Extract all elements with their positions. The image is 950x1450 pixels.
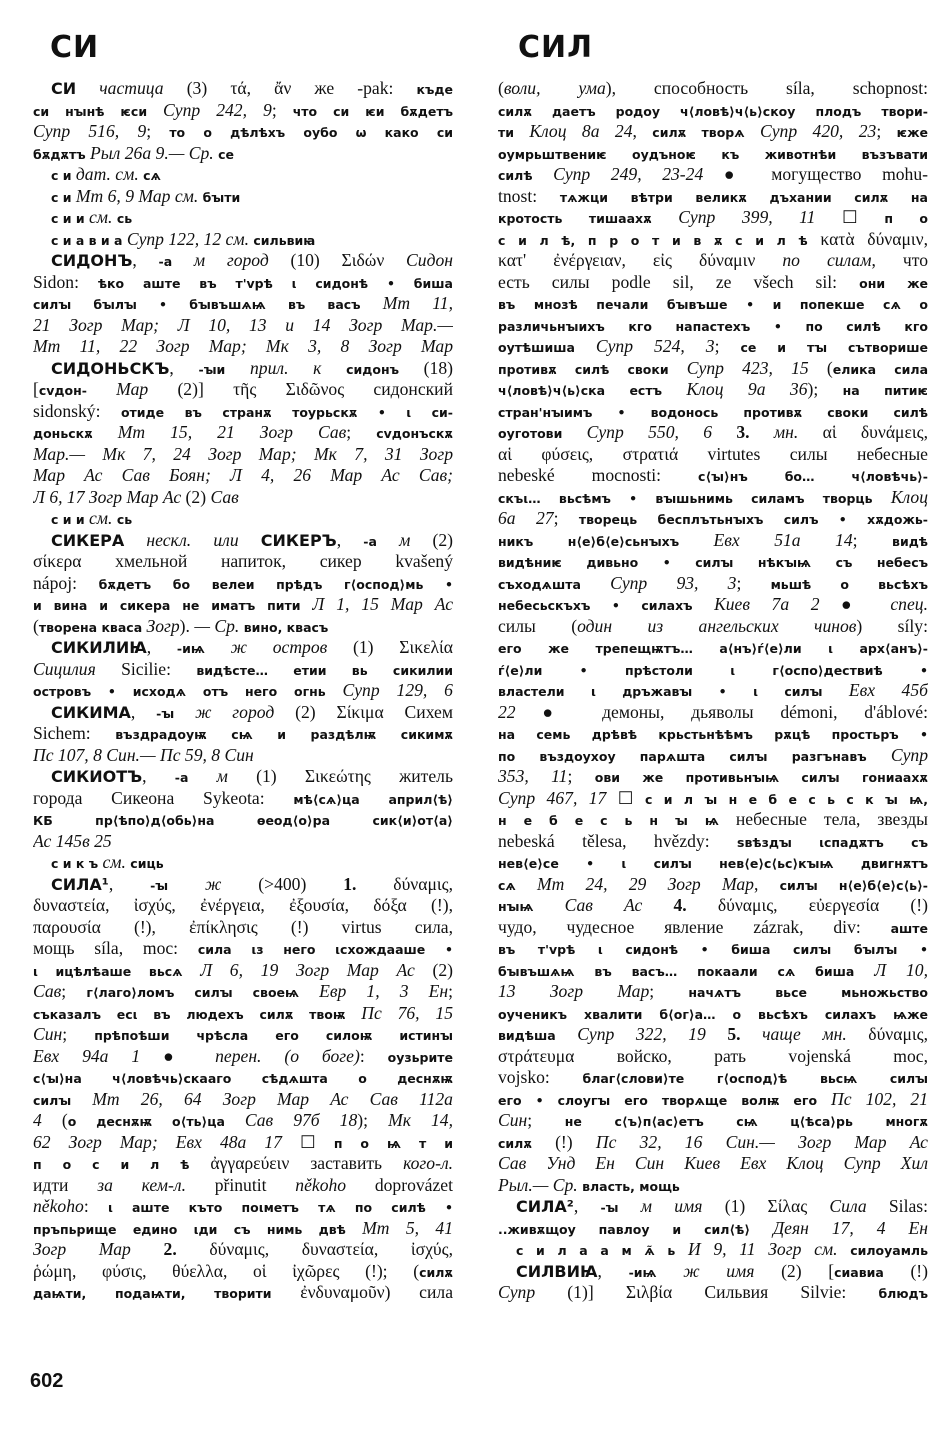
church-slavonic-text: с и и bbox=[51, 512, 89, 527]
dictionary-line: sidonský: отиде въ странѫ тоурьскѫ • ι с… bbox=[33, 401, 453, 423]
church-slavonic-text: силꙑ н⟨е⟩б⟨е⟩с⟨ь⟩- bbox=[780, 878, 928, 893]
gloss-text bbox=[131, 1239, 164, 1259]
italic-text: 353, 11 bbox=[498, 766, 567, 786]
church-slavonic-text: -а bbox=[159, 254, 173, 269]
italic-text: Супр bbox=[891, 745, 928, 765]
church-slavonic-text: кротость тишаахѫ bbox=[498, 211, 678, 226]
dictionary-line: Син; не с⟨ъ⟩п⟨ас⟩етъ сѩ ц⟨ѣса⟩рь многѫ bbox=[498, 1110, 928, 1132]
gloss-text: δυναστεία, ἰσχύς, ἐνέργεια, ἐξουσία, δόξ… bbox=[33, 895, 453, 915]
gloss-text bbox=[712, 422, 736, 442]
church-slavonic-text: силѫ bbox=[419, 1265, 453, 1280]
church-slavonic-text: власть, мощь bbox=[582, 1179, 680, 1194]
church-slavonic-text: оученикъ хвалити б⟨ог⟩а… о вьсѣхъ силахъ… bbox=[498, 1007, 928, 1022]
headword: СИКЕРЪ bbox=[261, 531, 337, 550]
gloss-text: (2) bbox=[410, 530, 453, 550]
dictionary-line: н е б е с ь н ꙑ ѩ небесные тела, звезды bbox=[498, 809, 928, 831]
italic-text: нескл. или bbox=[124, 530, 261, 550]
italic-text: м bbox=[188, 766, 227, 786]
gloss-text: : bbox=[360, 1046, 388, 1066]
dictionary-line: αἱ φύσεις, στρατιά virtutes силы небесны… bbox=[498, 444, 928, 466]
italic-text: Мар.— Мк 7, 24 Зогр Мар; Мк 7, 31 Зогр bbox=[33, 444, 453, 464]
dictionary-line: tnost: тѧжци вѣтри великѫ дъхании силѫ н… bbox=[498, 186, 928, 208]
italic-text: Супр bbox=[498, 1282, 535, 1302]
gloss-text: , bbox=[131, 702, 156, 722]
dictionary-line: Мар.— Мк 7, 24 Зогр Мар; Мк 7, 31 Зогр bbox=[33, 444, 453, 466]
dictionary-line: скъι… вьсѣмъ • вꙑшьнимь силамъ творць Кл… bbox=[498, 487, 928, 509]
church-slavonic-text: -иѩ bbox=[629, 1265, 657, 1280]
gloss-text: (1) Σικελία bbox=[327, 637, 453, 657]
church-slavonic-text: ти bbox=[498, 125, 529, 140]
gloss-text: σίκερα хмельной напиток, сикер kvašený bbox=[33, 551, 453, 571]
church-slavonic-text: видѣ bbox=[892, 534, 928, 549]
running-head-left: СИ bbox=[50, 30, 99, 65]
church-slavonic-text: ѓ⟨е⟩ли • прѣстоли ι г⟨оспо⟩дествиѣ • bbox=[498, 663, 928, 678]
church-slavonic-text: силꙑ bbox=[33, 1093, 92, 1108]
italic-text: Клоц 9а 36 bbox=[686, 379, 807, 399]
dictionary-line: оученикъ хвалити б⟨ог⟩а… о вьсѣхъ силахъ… bbox=[498, 1003, 928, 1025]
italic-text: Рыл.— Ср. bbox=[498, 1175, 582, 1195]
italic-text: Клоц 8а 24 bbox=[529, 121, 632, 141]
gloss-text bbox=[706, 1024, 728, 1044]
headword: СИКИОТЪ bbox=[51, 767, 142, 786]
headword: СИ bbox=[51, 79, 76, 98]
dictionary-line: СИДОНЬСКЪ, -ꙑи прил. к сидонъ (18) bbox=[33, 358, 453, 380]
dictionary-line: оутѣшиша Супр 524, 3; се и тꙑ сътворише bbox=[498, 336, 928, 358]
sense-number: 5. bbox=[727, 1024, 740, 1044]
italic-text: Клоц bbox=[891, 487, 928, 507]
dictionary-line: видѣниѥ дивьно • силꙑ нѣкꙑѩ съ небесъ bbox=[498, 551, 928, 573]
dictionary-line: СИЛВИꙖ, -иѩ ж имя (2) [сиавиа (!) bbox=[498, 1261, 928, 1283]
church-slavonic-text: на семь дрѣвѣ крьстьнѣѣмъ рѫцѣ простьръ … bbox=[498, 727, 928, 742]
church-slavonic-text: бꙑвъшѧѩ въ васъ… покаали сѧ биша bbox=[498, 964, 874, 979]
gloss-text: ☐ bbox=[815, 207, 884, 227]
dictionary-line: ти Клоц 8а 24, силѫ творѧ Супр 420, 23; … bbox=[498, 121, 928, 143]
gloss-text: δύναμις, εὐεργεσία (!) bbox=[687, 895, 928, 915]
dictionary-line: ѓ⟨е⟩ли • прѣстоли ι г⟨оспо⟩дествиѣ • bbox=[498, 659, 928, 681]
church-slavonic-text: с⟨ꙑ⟩нъ бо… ч⟨ловѣчь⟩- bbox=[698, 469, 928, 484]
dictionary-line: СИКЕРА нескл. или СИКЕРЪ, -а м (2) bbox=[33, 530, 453, 552]
dictionary-line: с⟨ꙑ⟩на ч⟨ловѣчь⟩скааго сѣдѧшта о деснѫѭ bbox=[33, 1067, 453, 1089]
church-slavonic-text: пръпьрище едино ιди съ нимь двѣ bbox=[33, 1222, 362, 1237]
church-slavonic-text: мѣ⟨сѧ⟩ца април⟨ѣ⟩ bbox=[293, 792, 453, 807]
church-slavonic-text: ѣко аште въ т'vрѣ ι сидонѣ • биша bbox=[98, 276, 453, 291]
gloss-text: , bbox=[147, 637, 177, 657]
gloss-text: , bbox=[109, 874, 150, 894]
gloss-text: ; bbox=[346, 422, 376, 442]
dictionary-line: 22 ● демоны, дьяволы démoni, d'áblové: bbox=[498, 702, 928, 724]
dictionary-line: его же трепещѭтъ… а⟨нъ⟩ѓ⟨е⟩ли ι арх⟨анъ⟩… bbox=[498, 637, 928, 659]
church-slavonic-text: въздрадоуѭ сѩ и раздѣлѭ сикимѫ bbox=[115, 727, 453, 742]
dictionary-line: въ мнозѣ печали бꙑвъше • и попекше сѧ о bbox=[498, 293, 928, 315]
dictionary-line: оумрьштвениѥ оудъноѥ къ животнѣи възъват… bbox=[498, 143, 928, 165]
church-slavonic-text: -ꙑ bbox=[156, 706, 174, 721]
gloss-text: στράτευμα войско, рать vojenská moc, bbox=[498, 1046, 928, 1066]
italic-text: Евх 94а 1 bbox=[33, 1046, 140, 1066]
gloss-text: (1) Σίλας bbox=[702, 1196, 829, 1216]
italic-text: один из ангельских чинов bbox=[577, 616, 856, 636]
italic-text: ж остров bbox=[205, 637, 327, 657]
italic-text: частица bbox=[76, 78, 163, 98]
italic-text: Супр 524, 3 bbox=[596, 336, 715, 356]
italic-text: Киев 7а 2 bbox=[714, 594, 819, 614]
dictionary-line: СИЛА¹, -ꙑ ж (>400) 1. δύναμις, bbox=[33, 874, 453, 896]
church-slavonic-text: -ꙑи bbox=[199, 362, 226, 377]
gloss-text: , bbox=[142, 766, 175, 786]
church-slavonic-text: островъ • исходѧ отъ него огнь bbox=[33, 684, 343, 699]
italic-text: Супр 467, 17 bbox=[498, 788, 606, 808]
church-slavonic-text: се и тꙑ сътворише bbox=[740, 340, 928, 355]
gloss-text: ; bbox=[554, 508, 579, 528]
church-slavonic-text: сильвиꙗ bbox=[253, 233, 315, 248]
church-slavonic-text: сvдон- bbox=[39, 383, 116, 398]
church-slavonic-text: на питиѥ bbox=[843, 383, 928, 398]
italic-text: м город bbox=[172, 250, 269, 270]
italic-text: дат. см. bbox=[76, 164, 143, 184]
church-slavonic-text: его же трепещѭтъ… а⟨нъ⟩ѓ⟨е⟩ли ι арх⟨анъ⟩… bbox=[498, 641, 928, 656]
italic-text: прил. к bbox=[225, 358, 346, 378]
gloss-text: ; bbox=[853, 530, 892, 550]
gloss-text: přinutit bbox=[186, 1175, 295, 1195]
dictionary-line: кротость тишаахѫ Супр 399, 11 ☐ п о bbox=[498, 207, 928, 229]
italic-text: Мк 14, bbox=[388, 1110, 453, 1130]
gloss-text: , bbox=[754, 874, 780, 894]
gloss-text: doprovázet bbox=[346, 1175, 453, 1195]
italic-text: Мт 24, 29 Зогр Мар bbox=[537, 874, 754, 894]
church-slavonic-text: си нꙑнѣ ѥси bbox=[33, 104, 163, 119]
dictionary-line: 353, 11; ови же противьнꙑѩ силꙑ гониаахѫ bbox=[498, 766, 928, 788]
church-slavonic-text: -а bbox=[363, 534, 377, 549]
church-slavonic-text: -а bbox=[175, 770, 189, 785]
italic-text: Мт 15, 21 Зогр Сав bbox=[118, 422, 347, 442]
dictionary-line: силѫ (!) Пс 32, 16 Син.— Зогр Мар Ас bbox=[498, 1132, 928, 1154]
italic-text: Сицилия bbox=[33, 659, 96, 679]
dictionary-line: (воли, ума), способность síla, schopnost… bbox=[498, 78, 928, 100]
gloss-text: , bbox=[574, 1196, 601, 1216]
dictionary-line: доньскѫ Мт 15, 21 Зогр Сав; сvдонъскѫ bbox=[33, 422, 453, 444]
dictionary-line: СИДОНЪ, -а м город (10) Σιδών Сидон bbox=[33, 250, 453, 272]
italic-text: Сав Унд Ен Син Киев Евх Клоц Супр Хил bbox=[498, 1153, 928, 1173]
church-slavonic-text: нꙑѩ bbox=[498, 899, 565, 914]
church-slavonic-text: видѣша bbox=[498, 1028, 577, 1043]
gloss-text: ); bbox=[808, 379, 843, 399]
gloss-text: , bbox=[337, 530, 364, 550]
gloss-text: tnost: bbox=[498, 186, 560, 206]
gloss-text: (2) [ bbox=[754, 1261, 834, 1281]
church-slavonic-text: с и и bbox=[51, 211, 89, 226]
dictionary-line: противѫ силѣ своки Супр 423, 15 (елика с… bbox=[498, 358, 928, 380]
gloss-text: (1) Σικεώτης житель bbox=[228, 766, 453, 786]
gloss-text: ἐνδυναμοῦν) сила bbox=[300, 1282, 453, 1302]
dictionary-line: nebeské mocnosti: с⟨ꙑ⟩нъ бо… ч⟨ловѣчь⟩- bbox=[498, 465, 928, 487]
sense-number: 4. bbox=[674, 895, 687, 915]
dictionary-line: с и Мт 6, 9 Мар см. бꙑти bbox=[33, 186, 453, 208]
church-slavonic-text: п о ѩ т и bbox=[334, 1136, 453, 1151]
dictionary-line: силѫ даетъ родоу ч⟨ловѣ⟩ч⟨ь⟩скоу плодъ т… bbox=[498, 100, 928, 122]
italic-text: м bbox=[377, 530, 410, 550]
right-column: (воли, ума), способность síla, schopnost… bbox=[498, 78, 928, 1304]
church-slavonic-text: сь bbox=[117, 512, 132, 527]
italic-text: Супр 550, 6 bbox=[587, 422, 712, 442]
dictionary-line: с и л а а м ѧ̃ ь И 9, 11 Зогр см. силоуа… bbox=[498, 1239, 928, 1261]
church-slavonic-text: г⟨лаго⟩ломъ силꙑ своеѩ bbox=[86, 985, 319, 1000]
gloss-text: ● bbox=[820, 594, 891, 614]
church-slavonic-text: оуготови bbox=[498, 426, 587, 441]
italic-text: Син bbox=[33, 1024, 62, 1044]
dictionary-line: пръпьрище едино ιди съ нимь двѣ Мт 5, 41 bbox=[33, 1218, 453, 1240]
dictionary-line: στράτευμα войско, рать vojenská moc, bbox=[498, 1046, 928, 1068]
dictionary-line: 21 Зогр Мар; Л 10, 13 и 14 Зогр Мар.— bbox=[33, 315, 453, 337]
church-slavonic-text: сѧ bbox=[143, 168, 161, 183]
dictionary-line: Ас 145в 25 bbox=[33, 831, 453, 853]
gloss-text: (>400) bbox=[221, 874, 343, 894]
dictionary-line: ч⟨ловѣ⟩ч⟨ь⟩ска естъ Клоц 9а 36); на пити… bbox=[498, 379, 928, 401]
church-slavonic-text: видѣниѥ дивьно • силꙑ нѣкꙑѩ съ небесъ bbox=[498, 555, 928, 570]
church-slavonic-text: с и bbox=[51, 168, 76, 183]
gloss-text: ῥώμη, φύσις, θύελλα, οἱ ἰχῶρες (!); ( bbox=[33, 1261, 419, 1281]
sense-number: 3. bbox=[736, 422, 749, 442]
italic-text: Л 10, bbox=[874, 960, 928, 980]
church-slavonic-text: силѫ даетъ родоу ч⟨ловѣ⟩ч⟨ь⟩скоу плодъ т… bbox=[498, 104, 928, 119]
church-slavonic-text: оузьрите bbox=[388, 1050, 453, 1065]
gloss-text: αἱ δυνάμεις, bbox=[798, 422, 928, 442]
dictionary-line: δυναστεία, ἰσχύς, ἐνέργεια, ἐξουσία, δόξ… bbox=[33, 895, 453, 917]
dictionary-line: Сицилия Sicilie: видѣсте… етии вь сикили… bbox=[33, 659, 453, 681]
church-slavonic-text: тѧжци вѣтри великѫ дъхании силѫ на bbox=[560, 190, 928, 205]
dictionary-line: его • слоугꙑ его творѧще волѭ его Пс 102… bbox=[498, 1089, 928, 1111]
gloss-text: (2) bbox=[181, 487, 210, 507]
gloss-text: nebeské mocnosti: bbox=[498, 465, 698, 485]
italic-text: см. bbox=[102, 852, 130, 872]
gloss-text: ). bbox=[180, 616, 195, 636]
church-slavonic-text: силꙑ бꙑлꙑ • бꙑвъшѧѩ въ васъ bbox=[33, 297, 383, 312]
church-slavonic-text: видѣсте… етии вь сикилии bbox=[196, 663, 453, 678]
gloss-text: nápoj: bbox=[33, 573, 99, 593]
italic-text: Сила bbox=[829, 1196, 866, 1216]
italic-text: Супр 516, 9 bbox=[33, 121, 146, 141]
gloss-text: , bbox=[598, 1261, 629, 1281]
gloss-text: мощь síla, moc: bbox=[33, 938, 198, 958]
italic-text: Пс 32, 16 Син.— Зогр Мар Ас bbox=[596, 1132, 928, 1152]
church-slavonic-text: ч⟨ловѣ⟩ч⟨ь⟩ска естъ bbox=[498, 383, 686, 398]
italic-text: Мт 6, 9 Мар см. bbox=[76, 186, 203, 206]
gloss-text: силы ( bbox=[498, 616, 577, 636]
church-slavonic-text: что си ѥи бѫдетъ bbox=[293, 104, 453, 119]
italic-text: Супр 420, 23 bbox=[760, 121, 876, 141]
italic-text: Супр 129, 6 bbox=[343, 680, 453, 700]
dictionary-line: vojsko: благ⟨слови⟩те г⟨оспод⟩ѣ вьсѩ сил… bbox=[498, 1067, 928, 1089]
italic-text: по силам bbox=[782, 250, 871, 270]
dictionary-line: небесьскъхъ • силахъ Киев 7а 2 ● спец. bbox=[498, 594, 928, 616]
dictionary-line: Супр 467, 17 ☐ с и л ꙑ н е б е с ь с к ꙑ… bbox=[498, 788, 928, 810]
dictionary-line: п о с и л ѣ ἀγγαρεύειν заставить кого-л. bbox=[33, 1153, 453, 1175]
italic-text: Деян 17, 4 Ен bbox=[773, 1218, 928, 1238]
italic-text: за кем-л. bbox=[97, 1175, 186, 1195]
gloss-text: sidonský: bbox=[33, 401, 121, 421]
gloss-text: (1)] Σιλβία Сильвия Silvie: bbox=[535, 1282, 878, 1302]
gloss-text: (2) bbox=[415, 960, 453, 980]
headword: СИКЕРА bbox=[51, 531, 124, 550]
gloss-text: (18) bbox=[399, 358, 453, 378]
church-slavonic-text: къде bbox=[417, 82, 453, 97]
italic-text: Евр 1, 3 Ен bbox=[319, 981, 448, 1001]
dictionary-line: Sichem: въздрадоуѭ сѩ и раздѣлѭ сикимѫ bbox=[33, 723, 453, 745]
gloss-text: Sicilie: bbox=[96, 659, 197, 679]
dictionary-line: съказалъ есι въ людехъ силѫ твоѭ Пс 76, … bbox=[33, 1003, 453, 1025]
headword: СИДОНЬСКЪ bbox=[51, 359, 169, 378]
gloss-text: δύναμις, δυναστεία, ἰσχύς, bbox=[177, 1239, 453, 1259]
dictionary-line: с и и см. сь bbox=[33, 508, 453, 530]
gloss-text: , что bbox=[871, 250, 928, 270]
dictionary-line: СИКИОТЪ, -а м (1) Σικεώτης житель bbox=[33, 766, 453, 788]
dictionary-line: СИКИЛИꙖ, -иѩ ж остров (1) Σικελία bbox=[33, 637, 453, 659]
italic-text: Сидон bbox=[406, 250, 453, 270]
gloss-text: , bbox=[169, 358, 198, 378]
italic-text: Пс 107, 8 Син.— Пс 59, 8 Син bbox=[33, 745, 254, 765]
gloss-text: (!) bbox=[555, 1132, 596, 1152]
headword: СИЛВИꙖ bbox=[516, 1262, 598, 1281]
church-slavonic-text: с и л ꙑ н е б е с ь с к ꙑ ѩ, bbox=[645, 792, 928, 807]
gloss-text: ● bbox=[140, 1046, 215, 1066]
church-slavonic-text: сидонъ bbox=[346, 362, 399, 377]
dictionary-line: с и и см. сь bbox=[33, 207, 453, 229]
italic-text: 6а 27 bbox=[498, 508, 554, 528]
dictionary-line: СИЛА², -ꙑ м имя (1) Σίλας Сила Silas: bbox=[498, 1196, 928, 1218]
headword: СИЛА² bbox=[516, 1197, 574, 1216]
italic-text: Супр 399, 11 bbox=[678, 207, 815, 227]
dictionary-line: Рыл.— Ср. власть, мощь bbox=[498, 1175, 928, 1197]
italic-text: Ас 145в 25 bbox=[33, 831, 112, 851]
church-slavonic-text: с и к ъ bbox=[51, 856, 102, 871]
church-slavonic-text: блюдъ bbox=[878, 1286, 928, 1301]
italic-text: см. bbox=[89, 207, 117, 227]
gloss-text: ( bbox=[42, 1110, 68, 1130]
dictionary-line: нев⟨е⟩се • ι силꙑ нев⟨е⟩с⟨ьс⟩кꙑѩ двигнѫт… bbox=[498, 852, 928, 874]
page-number: 602 bbox=[30, 1370, 63, 1393]
church-slavonic-text: небесьскъхъ • силахъ bbox=[498, 598, 714, 613]
italic-text: Зогр bbox=[146, 616, 179, 636]
dictionary-line: бꙑвъшѧѩ въ васъ… покаали сѧ биша Л 10, bbox=[498, 960, 928, 982]
dictionary-line: островъ • исходѧ отъ него огнь Супр 129,… bbox=[33, 680, 453, 702]
gloss-text: города Сикеона Sykeota: bbox=[33, 788, 293, 808]
gloss-text: Sichem: bbox=[33, 723, 115, 743]
italic-text: воли, ума bbox=[504, 78, 606, 98]
dictionary-line: Л 6, 17 Зогр Мар Ас (2) Сав bbox=[33, 487, 453, 509]
italic-text: Супр 322, 19 bbox=[577, 1024, 706, 1044]
gloss-text: ; bbox=[567, 766, 594, 786]
gloss-text: : bbox=[84, 1196, 108, 1216]
italic-text: Супр 249, 23-24 bbox=[553, 164, 703, 184]
church-slavonic-text: доньскѫ bbox=[33, 426, 118, 441]
church-slavonic-text: властели ι дръжавꙑ • ι силꙑ bbox=[498, 684, 849, 699]
dictionary-line: Мт 11, 22 Зогр Мар; Мк 3, 8 Зогр Мар bbox=[33, 336, 453, 358]
church-slavonic-text: бѫдѫтъ bbox=[33, 147, 90, 162]
dictionary-line: Мар Ас Сав Боян; Л 4, 26 Мар Ас Сав; bbox=[33, 465, 453, 487]
dictionary-line: ι ицѣлѣаше вьсѧ Л 6, 19 Зогр Мар Ас (2) bbox=[33, 960, 453, 982]
church-slavonic-text: прѣпоѣши чрѣсла его силоѭ истинꙑ bbox=[94, 1028, 453, 1043]
church-slavonic-text: силѫ bbox=[498, 1136, 555, 1151]
gloss-text bbox=[642, 895, 673, 915]
italic-text: чаще мн. bbox=[741, 1024, 847, 1044]
dictionary-line: 6а 27; творець бесплътьнꙑхъ силъ • хѫдож… bbox=[498, 508, 928, 530]
dictionary-line: на семь дрѣвѣ крьстьнѣѣмъ рѫцѣ простьръ … bbox=[498, 723, 928, 745]
church-slavonic-text: силѫ творѧ bbox=[652, 125, 760, 140]
gloss-text: (!) bbox=[910, 1261, 928, 1281]
dictionary-line: Пс 107, 8 Син.— Пс 59, 8 Син bbox=[33, 745, 453, 767]
gloss-text: , bbox=[633, 121, 653, 141]
italic-text: 21 Зогр Мар; Л 10, 13 и 14 Зогр Мар.— bbox=[33, 315, 453, 335]
italic-text: Мар Ас Сав Боян; Л 4, 26 Мар Ас Сав; bbox=[33, 465, 453, 485]
dictionary-line: с и к ъ см. сиць bbox=[33, 852, 453, 874]
italic-text: Мт 5, 41 bbox=[362, 1218, 453, 1238]
church-slavonic-text: оумрьштвениѥ оудъноѥ къ животнѣи възъват… bbox=[498, 147, 928, 162]
dictionary-line: города Сикеона Sykeota: мѣ⟨сѧ⟩ца април⟨ѣ… bbox=[33, 788, 453, 810]
italic-text: Рыл 26а 9.— Ср. bbox=[90, 143, 218, 163]
dictionary-line: с и дат. см. сѧ bbox=[33, 164, 453, 186]
church-slavonic-text: то о дѣлѣхъ оубо ѡ како си bbox=[169, 125, 453, 140]
gloss-text: ) síly: bbox=[856, 616, 928, 636]
italic-text: Л 6, 17 Зогр Мар Ас bbox=[33, 487, 181, 507]
dictionary-line: силꙑ Мт 26, 64 Зогр Мар Ас Сав 112а bbox=[33, 1089, 453, 1111]
dictionary-line: (творена кваса Зогр). — Ср. вино, квасъ bbox=[33, 616, 453, 638]
church-slavonic-text: сь bbox=[117, 211, 132, 226]
gloss-text: ; bbox=[146, 121, 169, 141]
church-slavonic-text: с и л а а м ѧ̃ ь bbox=[516, 1243, 688, 1258]
italic-text: Супр 122, 12 см. bbox=[127, 229, 254, 249]
gloss-text: δύναμις, bbox=[847, 1024, 928, 1044]
gloss-text: ; bbox=[649, 981, 688, 1001]
italic-text: Евх 51а 14 bbox=[714, 530, 853, 550]
italic-text: Мар bbox=[116, 379, 148, 399]
church-slavonic-text: ..живѫщоу павлоу и сил⟨ѣ⟩ bbox=[498, 1222, 773, 1237]
gloss-text: ● демоны, дьяволы démoni, d'áblové: bbox=[516, 702, 928, 722]
dictionary-line: СИКИМА, -ꙑ ж город (2) Σίκιμα Сихем bbox=[33, 702, 453, 724]
dictionary-line: есть силы podle sil, ze všech sil: они ж… bbox=[498, 272, 928, 294]
gloss-text: есть силы podle sil, ze všech sil: bbox=[498, 272, 859, 292]
dictionary-line: силы (один из ангельских чинов) síly: bbox=[498, 616, 928, 638]
church-slavonic-text: о деснѫѭ о⟨ть⟩ца bbox=[68, 1114, 245, 1129]
church-slavonic-text: н е б е с ь н ꙑ ѩ bbox=[498, 813, 719, 828]
church-slavonic-text: ѕвѣздꙑ ιспадѫтъ съ bbox=[737, 835, 928, 850]
dictionary-line: ῥώμη, φύσις, θύελλα, οἱ ἰχῶρες (!); (сил… bbox=[33, 1261, 453, 1283]
dictionary-line: силꙑ бꙑлꙑ • бꙑвъшѧѩ въ васъ Мт 11, bbox=[33, 293, 453, 315]
gloss-text: ἀγγαρεύειν заставить bbox=[210, 1153, 403, 1173]
church-slavonic-text: благ⟨слови⟩те г⟨оспод⟩ѣ вьсѩ силꙑ bbox=[582, 1071, 928, 1086]
dictionary-line: и вина и сикера не иматъ пити Л 1, 15 Ма… bbox=[33, 594, 453, 616]
dictionary-line: Сав Унд Ен Син Киев Евх Клоц Супр Хил bbox=[498, 1153, 928, 1175]
headword: СИЛА¹ bbox=[51, 875, 109, 894]
church-slavonic-text: начѧтъ вьсе мьножьство bbox=[688, 985, 928, 1000]
gloss-text: ); bbox=[357, 1110, 388, 1130]
italic-text: Евх 45б bbox=[849, 680, 928, 700]
dictionary-line: съходѧшта Супр 93, 3; мьшѣ о вьсѣхъ bbox=[498, 573, 928, 595]
gloss-text: κατ' ἐνέργειαν, εἰς δύναμιν bbox=[498, 250, 782, 270]
church-slavonic-text: -ꙑ bbox=[600, 1200, 618, 1215]
gloss-text: ; bbox=[272, 100, 293, 120]
italic-text: Пс 76, 15 bbox=[361, 1003, 453, 1023]
italic-text: Супр 242, 9 bbox=[163, 100, 272, 120]
church-slavonic-text: творець бесплътьнꙑхъ силъ • хѫдожь- bbox=[579, 512, 928, 527]
dictionary-line: си нꙑнѣ ѥси Супр 242, 9; что си ѥи бѫдет… bbox=[33, 100, 453, 122]
sense-number: 1. bbox=[343, 874, 356, 894]
church-slavonic-text: КБ пр⟨ѣпо⟩д⟨обь⟩на ѳеод⟨о⟩ра сик⟨и⟩от⟨а⟩ bbox=[33, 813, 453, 828]
church-slavonic-text: ови же противьнꙑѩ силꙑ гониаахѫ bbox=[595, 770, 928, 785]
dictionary-line: КБ пр⟨ѣпо⟩д⟨обь⟩на ѳеод⟨о⟩ра сик⟨и⟩от⟨а⟩ bbox=[33, 809, 453, 831]
italic-text: Мт 11, 22 Зогр Мар; Мк 3, 8 Зогр Мар bbox=[33, 336, 453, 356]
gloss-text: (3) τά, ἄν же -pak: bbox=[164, 78, 417, 98]
dictionary-line: с и а в и а Супр 122, 12 см. сильвиꙗ bbox=[33, 229, 453, 251]
gloss-text: ; bbox=[448, 981, 453, 1001]
italic-text: — Ср. bbox=[194, 616, 243, 636]
